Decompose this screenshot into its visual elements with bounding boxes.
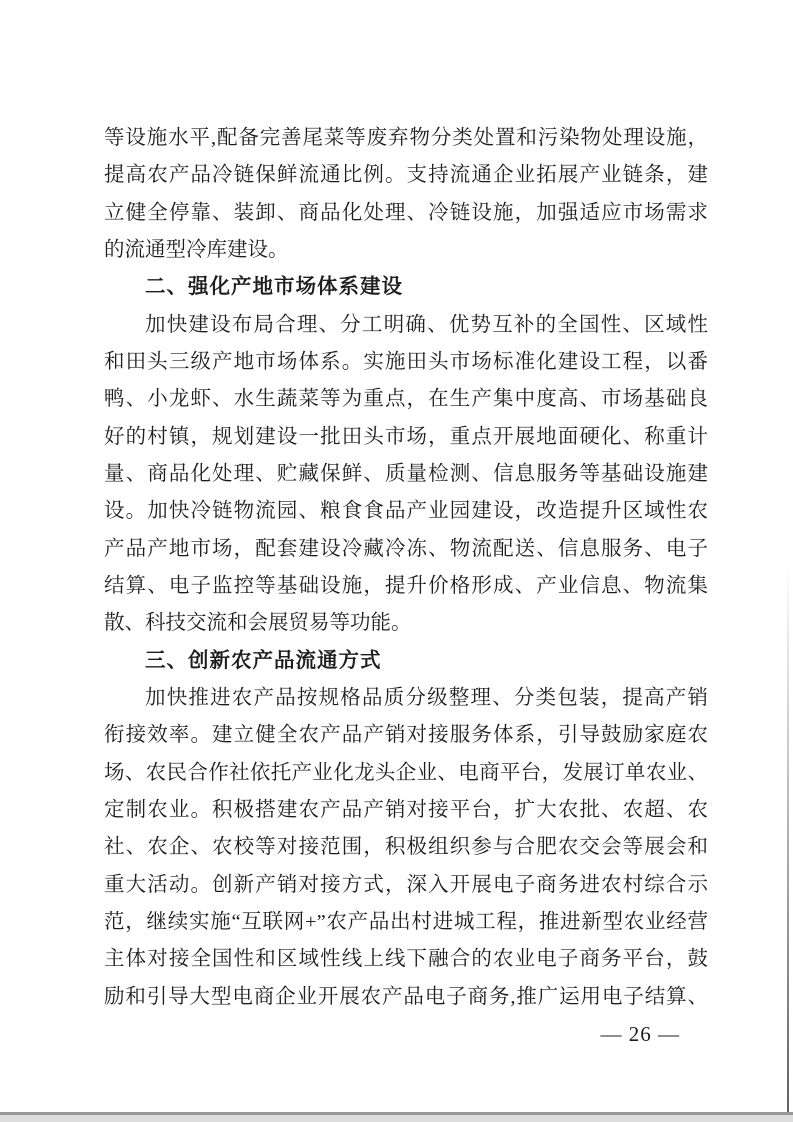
text-line: 场、农民合作社依托产业化龙头企业、电商平台，发展订单农业、: [104, 755, 708, 792]
text-line: 加快建设布局合理、分工明确、优势互补的全国性、区域性: [104, 307, 708, 344]
text-line: 好的村镇，规划建设一批田头市场，重点开展地面硬化、称重计: [104, 419, 708, 456]
page-number: — 26 —: [601, 1022, 681, 1047]
scan-right-edge-line: [787, 560, 789, 1112]
text-line: 主体对接全国性和区域性线上线下融合的农业电子商务平台，鼓: [104, 941, 708, 978]
text-line: 加快推进农产品按规格品质分级整理、分类包装，提高产销: [104, 680, 708, 717]
document-body: 等设施水平,配备完善尾菜等废弃物分类处置和污染物处理设施，提高农产品冷链保鲜流通…: [104, 120, 708, 1016]
section-heading: 三、创新农产品流通方式: [104, 643, 708, 680]
scan-bottom-edge-shadow: [0, 1115, 793, 1122]
text-line: 产品产地市场，配套建设冷藏冷冻、物流配送、信息服务、电子: [104, 531, 708, 568]
text-line: 提高农产品冷链保鲜流通比例。支持流通企业拓展产业链条，建: [104, 157, 708, 194]
text-line: 鸭、小龙虾、水生蔬菜等为重点，在生产集中度高、市场基础良: [104, 381, 708, 418]
text-line: 衔接效率。建立健全农产品产销对接服务体系，引导鼓励家庭农: [104, 717, 708, 754]
text-line: 散、科技交流和会展贸易等功能。: [104, 605, 708, 642]
text-line: 等设施水平,配备完善尾菜等废弃物分类处置和污染物处理设施，: [104, 120, 708, 157]
scanned-document-page: 等设施水平,配备完善尾菜等废弃物分类处置和污染物处理设施，提高农产品冷链保鲜流通…: [0, 0, 793, 1122]
text-line: 设。加快冷链物流园、粮食食品产业园建设，改造提升区域性农: [104, 493, 708, 530]
text-line: 社、农企、农校等对接范围，积极组织参与合肥农交会等展会和: [104, 829, 708, 866]
text-line: 的流通型冷库建设。: [104, 232, 708, 269]
text-line: 定制农业。积极搭建农产品产销对接平台，扩大农批、农超、农: [104, 792, 708, 829]
section-heading: 二、强化产地市场体系建设: [104, 269, 708, 306]
text-line: 量、商品化处理、贮藏保鲜、质量检测、信息服务等基础设施建: [104, 456, 708, 493]
text-line: 和田头三级产地市场体系。实施田头市场标准化建设工程，以番: [104, 344, 708, 381]
text-line: 范，继续实施“互联网+”农产品出村进城工程，推进新型农业经营: [104, 904, 708, 941]
text-line: 重大活动。创新产销对接方式，深入开展电子商务进农村综合示: [104, 867, 708, 904]
text-line: 励和引导大型电商企业开展农产品电子商务,推广运用电子结算、: [104, 979, 708, 1016]
text-line: 结算、电子监控等基础设施，提升价格形成、产业信息、物流集: [104, 568, 708, 605]
text-line: 立健全停靠、装卸、商品化处理、冷链设施，加强适应市场需求: [104, 195, 708, 232]
